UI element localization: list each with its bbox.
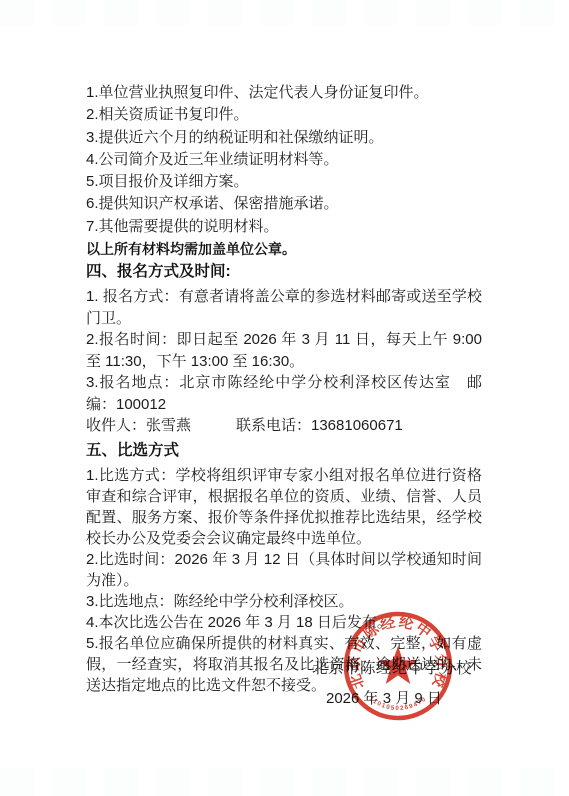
document-page: 1.单位营业执照复印件、法定代表人身份证复印件。 2.相关资质证书复印件。 3.… [0,0,569,796]
materials-item-1: 1.单位营业执照复印件、法定代表人身份证复印件。 [86,82,482,104]
signature-date: 2026 年 3 月 9 日 [326,687,442,708]
materials-item-2: 2.相关资质证书复印件。 [86,104,482,126]
materials-item-4: 4.公司简介及近三年业绩证明材料等。 [86,149,482,171]
materials-list: 1.单位营业执照复印件、法定代表人身份证复印件。 2.相关资质证书复印件。 3.… [86,82,482,238]
materials-item-6: 6.提供知识产权承诺、保密措施承诺。 [86,193,482,215]
stamp-requirement-note: 以上所有材料均需加盖单位公章。 [86,239,482,260]
section4-para-1: 1. 报名方式：有意者请将盖公章的参选材料邮寄或送至学校门卫。 [86,286,482,329]
section4-para-3: 3.报名地点：北京市陈经纶中学分校利泽校区传达室 邮编：100012 [86,372,482,415]
section5-heading: 五、比选方式 [86,440,482,461]
section5-para-2: 2.比选时间：2026 年 3 月 12 日（具体时间以学校通知时间为准）。 [86,549,482,591]
scan-artifact-bottom [0,768,569,796]
document-body: 1.单位营业执照复印件、法定代表人身份证复印件。 2.相关资质证书复印件。 3.… [86,82,482,696]
materials-item-7: 7.其他需要提供的说明材料。 [86,216,482,238]
section4-para-4: 收件人：张雪燕 联系电话：13681060671 [86,415,482,437]
section5-para-1: 1.比选方式：学校将组织评审专家小组对报名单位进行资格审查和综合评审，根据报名单… [86,465,482,549]
section4-para-2: 2.报名时间：即日起至 2026 年 3 月 11 日，每天上午 9:00 至 … [86,329,482,372]
signature-organization: 北京市陈经纶中学分校 [312,656,472,678]
materials-item-3: 3.提供近六个月的纳税证明和社保缴纳证明。 [86,127,482,149]
materials-item-5: 5.项目报价及详细方案。 [86,171,482,193]
section4-body: 1. 报名方式：有意者请将盖公章的参选材料邮寄或送至学校门卫。 2.报名时间：即… [86,286,482,437]
section5-para-3: 3.比选地点：陈经纶中学分校利泽校区。 [86,591,482,612]
section5-para-4: 4.本次比选公告在 2026 年 3 月 18 日后发布。 [86,612,482,633]
scan-artifact-top [0,0,569,26]
section4-heading: 四、报名方式及时间: [86,261,482,283]
